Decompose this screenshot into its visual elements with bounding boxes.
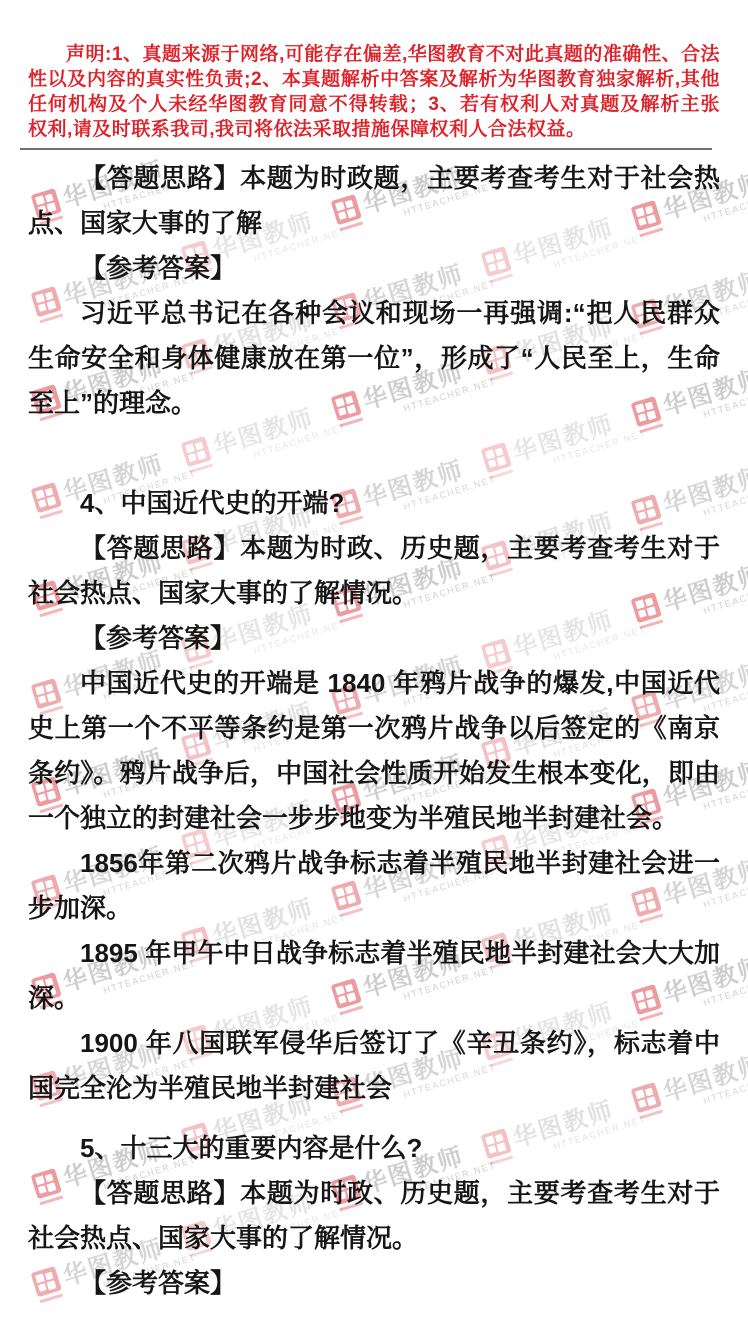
paragraph-q3-ref: 【参考答案】 — [28, 246, 720, 291]
paragraph-q5-title: 5、十三大的重要内容是什么? — [28, 1126, 720, 1171]
text-layer: 声明:1、真题来源于网络,可能存在偏差,华图教育不对此真题的准确性、合法性以及内… — [0, 0, 748, 1335]
paragraph-q4-title: 4、中国近代史的开端? — [28, 481, 720, 526]
disclaimer-text: 声明:1、真题来源于网络,可能存在偏差,华图教育不对此真题的准确性、合法性以及内… — [28, 42, 720, 142]
paragraph-q3-answer: 习近平总书记在各种会议和现场一再强调:“把人民群众生命安全和身体健康放在第一位”… — [28, 291, 720, 426]
document-body: 【答题思路】本题为时政题，主要考查考生对于社会热点、国家大事的了解【参考答案】习… — [28, 156, 720, 1306]
paragraph-q4-ans2: 1856年第二次鸦片战争标志着半殖民地半封建社会进一步加深。 — [28, 841, 720, 931]
paragraph-q4-ans4: 1900 年八国联军侵华后签订了《辛丑条约》，标志着中国完全沦为半殖民地半封建社… — [28, 1021, 720, 1111]
paragraph-q4-ans3: 1895 年甲午中日战争标志着半殖民地半封建社会大大加深。 — [28, 931, 720, 1021]
paragraph-q5-ref: 【参考答案】 — [28, 1261, 720, 1306]
paragraph-q4-ans1: 中国近代史的开端是 1840 年鸦片战争的爆发,中国近代史上第一个不平等条约是第… — [28, 661, 720, 841]
paragraph-q4-think: 【答题思路】本题为时政、历史题，主要考查考生对于社会热点、国家大事的了解情况。 — [28, 526, 720, 616]
header-divider — [20, 148, 712, 150]
paragraph-q4-ref: 【参考答案】 — [28, 616, 720, 661]
paragraph-q5-think: 【答题思路】本题为时政、历史题，主要考查考生对于社会热点、国家大事的了解情况。 — [28, 1171, 720, 1261]
document-page: 华图教师 HTTEACHER.NET 华图教师 HTTEACHER.NET — [0, 0, 748, 1335]
paragraph-q3-think: 【答题思路】本题为时政题，主要考查考生对于社会热点、国家大事的了解 — [28, 156, 720, 246]
